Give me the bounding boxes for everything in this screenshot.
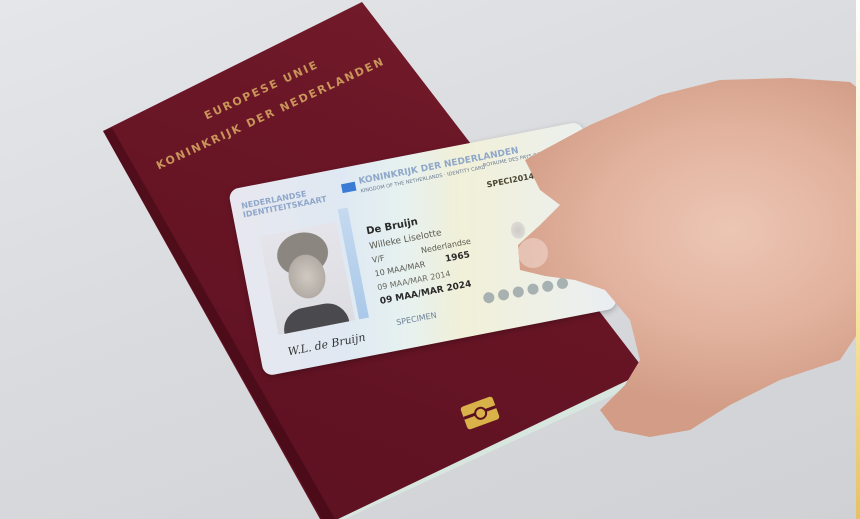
document-number: SPECI2014 [486, 171, 535, 189]
tactile-dot [541, 280, 554, 293]
image-edge [856, 0, 860, 519]
thumbnail [518, 238, 548, 268]
specimen-label: SPECIMEN [396, 311, 438, 328]
tactile-dot [497, 288, 510, 301]
tactile-dots [482, 277, 569, 304]
card-type-label: NEDERLANDSE IDENTITEITSKAART [240, 181, 351, 220]
holder-photo [260, 222, 356, 335]
flag-icon [341, 182, 356, 194]
tactile-dot [482, 291, 495, 304]
signature: W.L. de Bruijn [287, 331, 367, 359]
tactile-dot [512, 286, 525, 299]
photo-scene: EUROPESE UNIE KONINKRIJK DER NEDERLANDEN… [0, 0, 860, 519]
tactile-dot [527, 283, 540, 296]
sex: V/F [371, 253, 385, 264]
birth-year: 1965 [444, 250, 471, 265]
